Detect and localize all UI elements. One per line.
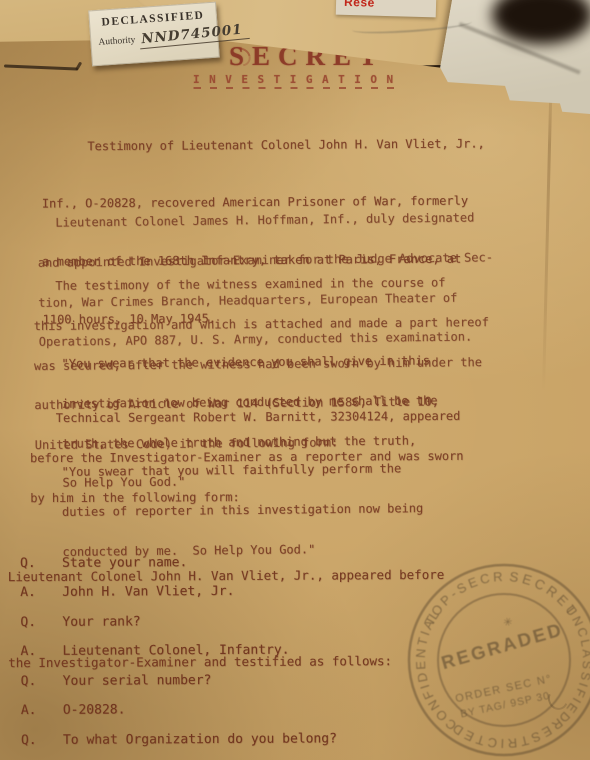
qa-text: John H. Van Vliet, Jr. — [62, 584, 234, 600]
text-line: The testimony of the witness examined in… — [33, 276, 488, 293]
paper-fold-line — [542, 62, 553, 392]
regraded-stamp: SECRET UNCLASSIFIED RESTRICTED CONFIDENT… — [398, 556, 590, 760]
qa-text: Your serial number? — [63, 673, 212, 689]
background-scrap: Rese — [336, 0, 437, 17]
text-line: "You swear that the evidence you shall g… — [61, 355, 437, 371]
qa-row: A. O-20828. — [21, 702, 126, 718]
qa-text: Lieutenant Colonel, Infantry. — [62, 643, 289, 659]
stamp-center-word: REGRADED — [439, 618, 566, 673]
text-line: Testimony of Lieutenant Colonel John H. … — [41, 134, 484, 156]
scrap-red-text: Rese — [344, 0, 375, 10]
qa-row: A. Lieutenant Colonel, Infantry. — [20, 643, 289, 659]
qa-marker: A. — [21, 703, 63, 718]
document-page: SECRET INVESTIGATION Testimony of Lieute… — [0, 0, 590, 760]
text-line: Lieutenant Colonel James H. Hoffman, Inf… — [37, 212, 492, 231]
qa-marker: Q. — [21, 674, 63, 689]
qa-marker: A. — [20, 585, 62, 600]
qa-marker: Q. — [20, 556, 62, 571]
qa-marker: A. — [20, 644, 62, 659]
text-line: Technical Sergeant Robert W. Barnitt, 32… — [30, 410, 464, 425]
qa-text: State your name. — [62, 555, 187, 571]
qa-marker: Q. — [20, 615, 62, 630]
stamp-mark-icon: ✳ — [502, 616, 514, 630]
pen-mark — [4, 64, 78, 70]
qa-row: Q. State your name. — [20, 555, 187, 571]
authority-label: Authority — [98, 35, 136, 48]
qa-text: Your rank? — [62, 614, 140, 629]
declassified-authority-row: Authority NND745001 — [98, 25, 219, 51]
qa-text: O-20828. — [63, 702, 126, 717]
qa-row: A. John H. Van Vliet, Jr. — [20, 584, 234, 600]
qa-marker: Q. — [21, 733, 63, 748]
page-title: INVESTIGATION — [193, 73, 403, 90]
qa-row: Q. To what Organization do you belong? — [21, 731, 337, 748]
declassified-label: DECLASSIFIED Authority NND745001 — [88, 2, 220, 67]
text-line: "You swear that you will faithfully perf… — [62, 463, 423, 480]
qa-text: To what Organization do you belong? — [63, 731, 337, 747]
qa-row: Q. Your serial number? — [21, 673, 212, 689]
document-photo: Rese SECRET INVESTIGATION Testimony of L… — [0, 0, 590, 760]
qa-row: Q. Your rank? — [20, 614, 140, 630]
